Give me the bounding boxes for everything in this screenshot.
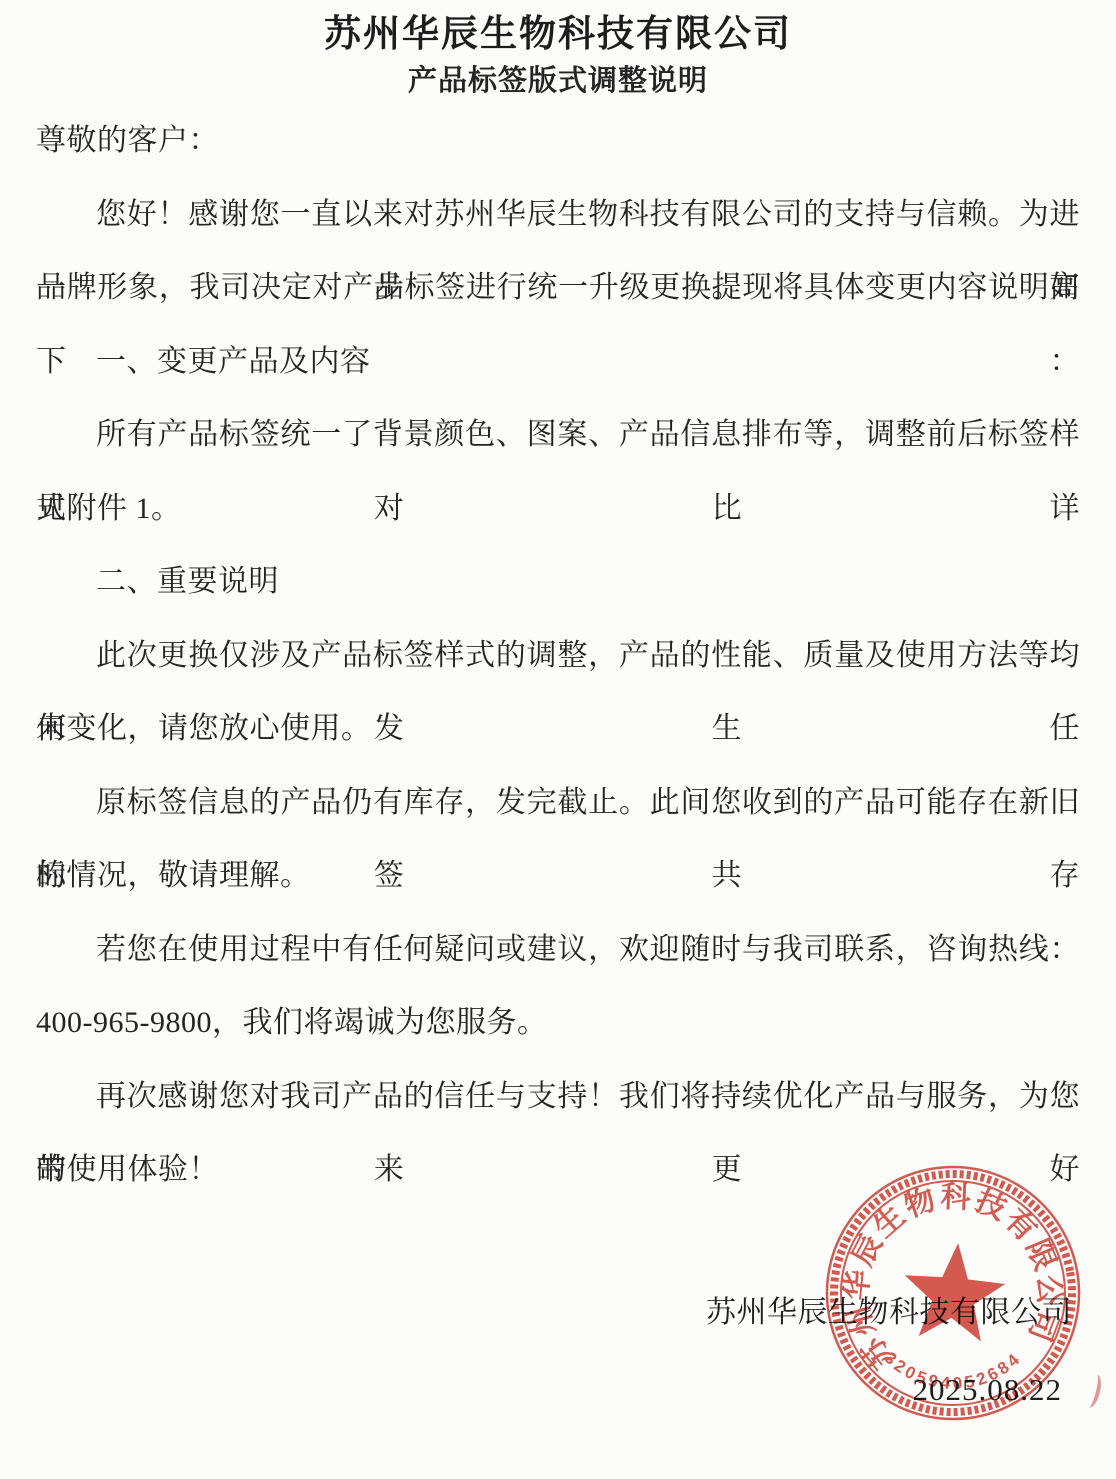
ink-speck-decoration bbox=[1082, 1373, 1104, 1409]
body-line: 原标签信息的产品仍有库存，发完截止。此间您收到的产品可能存在新旧标签共存 bbox=[36, 766, 1080, 840]
document-header: 苏州华辰生物科技有限公司 产品标签版式调整说明 bbox=[0, 0, 1116, 100]
signature-company: 苏州华辰生物科技有限公司 bbox=[706, 1295, 1072, 1331]
doc-title: 苏州华辰生物科技有限公司 bbox=[0, 12, 1116, 58]
body-line: 400-965-9800，我们将竭诚为您服务。 bbox=[36, 986, 1080, 1060]
body-line: 若您在使用过程中有任何疑问或建议，欢迎随时与我司联系，咨询热线： bbox=[36, 913, 1080, 987]
salutation-line: 尊敬的客户： bbox=[36, 104, 1080, 178]
doc-subtitle: 产品标签版式调整说明 bbox=[0, 62, 1116, 100]
body-line: 此次更换仅涉及产品标签样式的调整，产品的性能、质量及使用方法等均未发生任 bbox=[36, 619, 1080, 693]
body-text: 尊敬的客户： 您好！感谢您一直以来对苏州华辰生物科技有限公司的支持与信赖。为进一… bbox=[36, 104, 1080, 1207]
body-line: 品牌形象，我司决定对产品标签进行统一升级更换。现将具体变更内容说明如下： bbox=[36, 251, 1080, 325]
body-line: 二、重要说明 bbox=[36, 545, 1080, 619]
body-line: 再次感谢您对我司产品的信任与支持！我们将持续优化产品与服务，为您带来更好 bbox=[36, 1060, 1080, 1134]
signature-date: 2025.08.22 bbox=[913, 1372, 1063, 1408]
body-lines: 您好！感谢您一直以来对苏州华辰生物科技有限公司的支持与信赖。为进一步提高品牌形象… bbox=[36, 178, 1080, 1207]
body-line: 您好！感谢您一直以来对苏州华辰生物科技有限公司的支持与信赖。为进一步提高 bbox=[36, 178, 1080, 252]
document-page: 苏州华辰生物科技有限公司 产品标签版式调整说明 尊敬的客户： 您好！感谢您一直以… bbox=[0, 0, 1116, 1479]
body-line: 所有产品标签统一了背景颜色、图案、产品信息排布等，调整前后标签样式对比详 bbox=[36, 398, 1080, 472]
